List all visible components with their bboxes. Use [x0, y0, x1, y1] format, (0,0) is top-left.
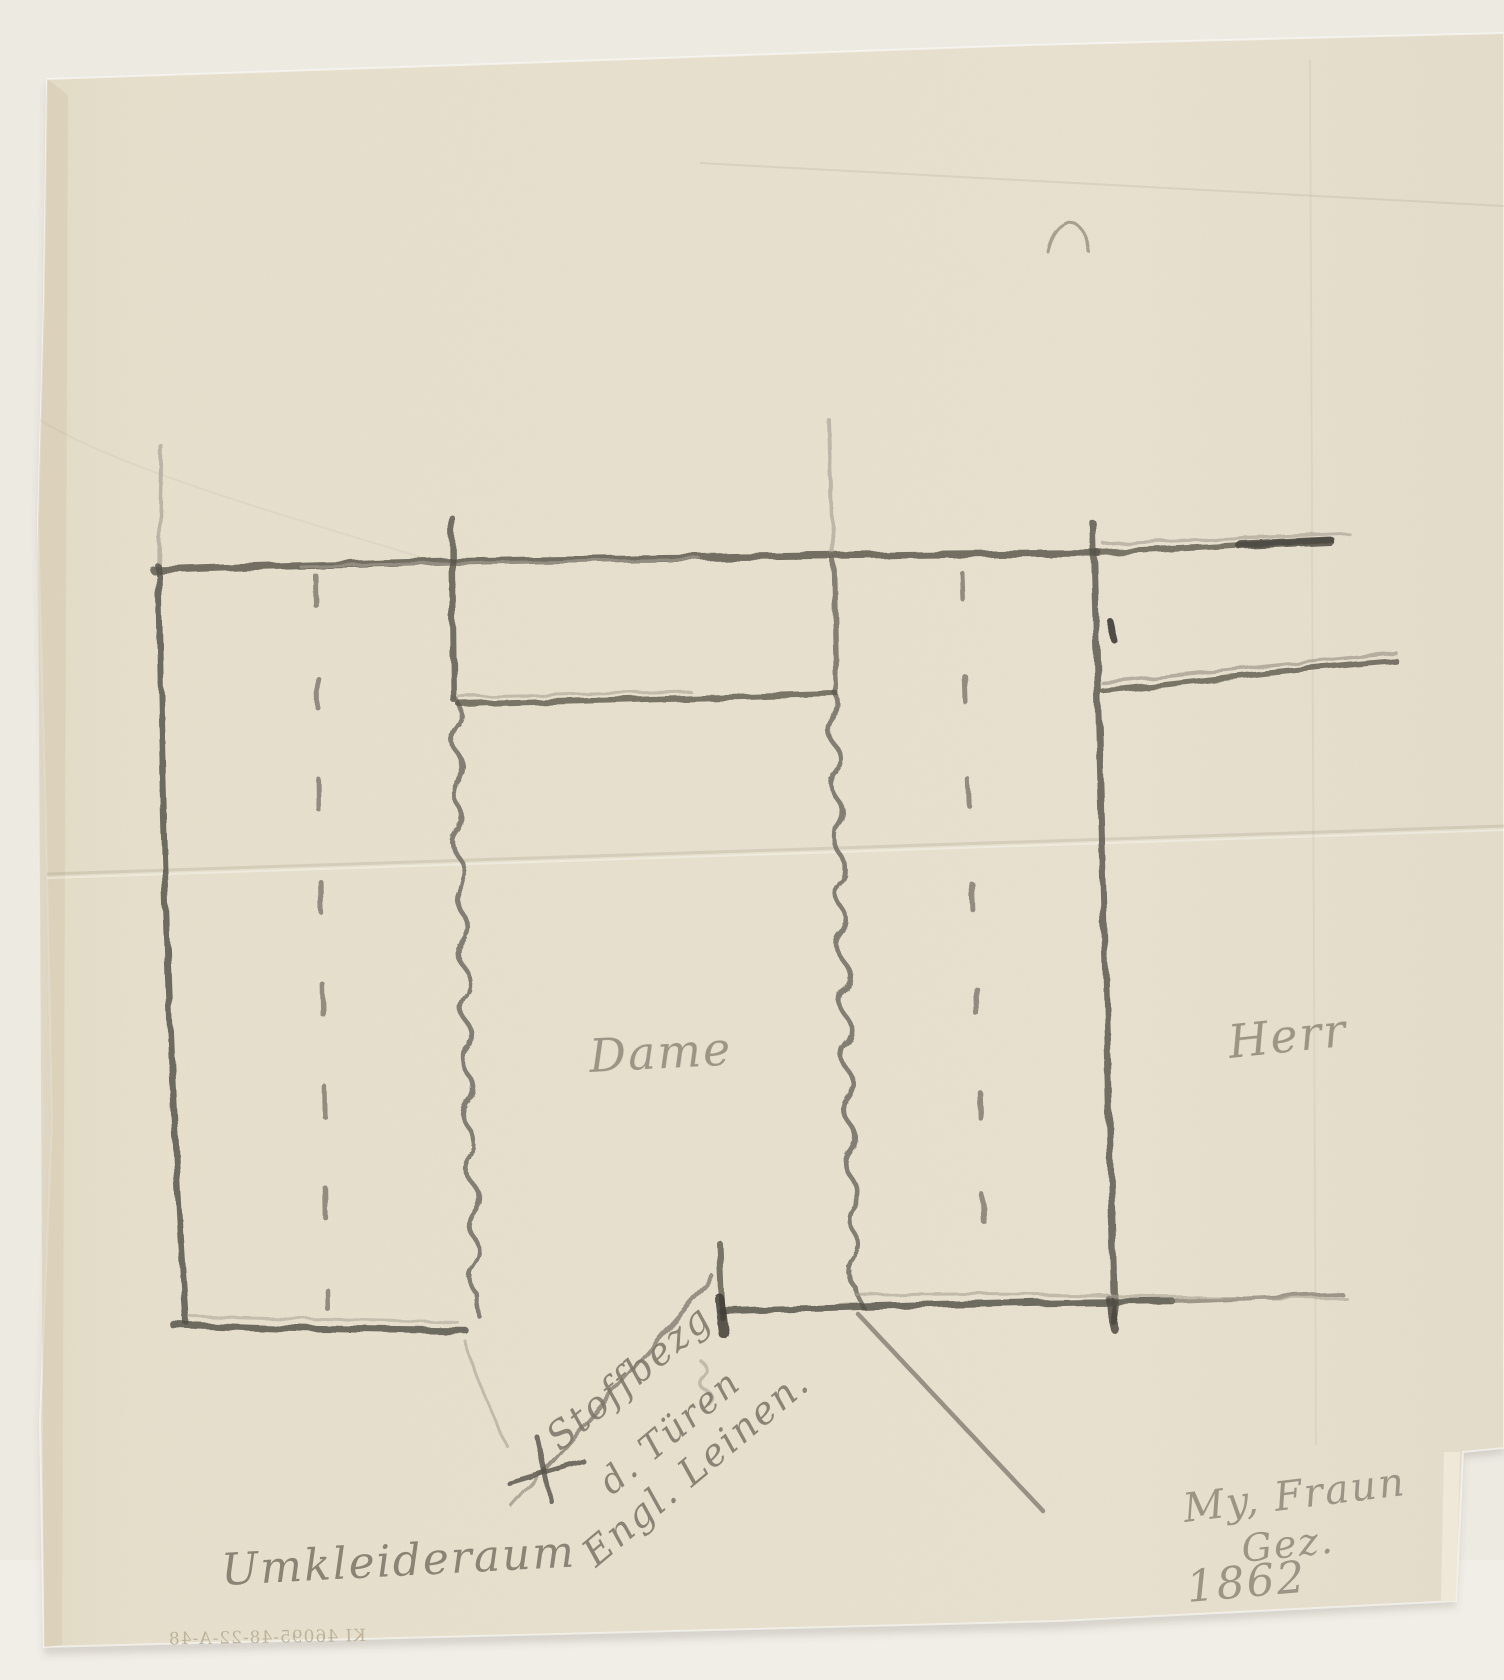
top-wall-right-bold-segment	[1240, 541, 1330, 545]
room-label-dame: Dame	[587, 1022, 734, 1083]
mirrored-inventory-number: KI 46095-48-22-A-48	[168, 1626, 366, 1649]
centre-tick-bold-end	[720, 1299, 724, 1334]
sketch-canvas: Dame Herr Umkleideraum Stoffbezg d. Türe…	[0, 0, 1504, 1680]
middle-door-jamb-line	[833, 556, 836, 692]
signature-year: 1862	[1185, 1552, 1309, 1613]
photograph-of-sketch: Dame Herr Umkleideraum Stoffbezg d. Türe…	[0, 0, 1504, 1680]
left-door-jamb-line	[452, 518, 454, 700]
